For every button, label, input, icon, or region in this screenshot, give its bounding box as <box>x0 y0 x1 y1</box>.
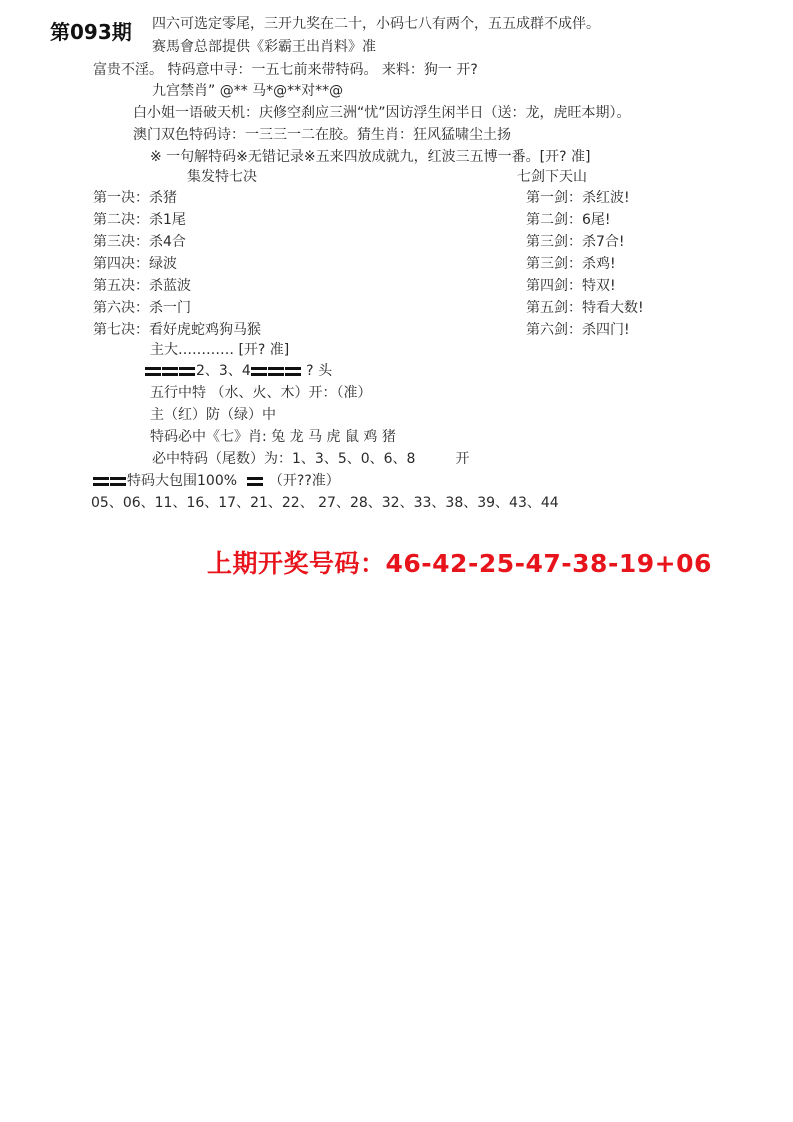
five-elements-line: 五行中特 （水、火、木）开：（准） <box>150 384 371 402</box>
issue-number: 第093期 <box>50 16 132 45</box>
tail-open: 开 <box>455 451 469 467</box>
list-item: 第七决：看好虎蛇鸡狗马猴 <box>93 319 261 341</box>
package-suffix: （开??准） <box>264 473 339 489</box>
list-item: 第五剑：特看大数! <box>526 297 644 319</box>
zodiac-line: 特码必中《七》肖: 兔 龙 马 虎 鼠 鸡 猪 <box>150 428 396 446</box>
list-item: 第三剑：杀7合! <box>526 231 644 253</box>
heads-suffix: ? 头 <box>302 363 332 379</box>
macau-poem-line: 澳门双色特码诗：一三三一二在胶。猜生肖：狂风猛啸尘土扬 <box>133 126 511 144</box>
last-draw-result: 上期开奖号码：46-42-25-47-38-19+06 <box>207 544 712 580</box>
list-item: 第二决：杀1尾 <box>93 209 261 231</box>
special-code-line: 富贵不淫。 特码意中寻：一五七前来带特码。 来料：狗一 开? <box>93 61 478 79</box>
package-label: 特码大包围100% <box>127 473 237 489</box>
bar-icon <box>110 477 126 486</box>
bar-icon <box>268 367 284 376</box>
list-item: 第四决：绿波 <box>93 253 261 275</box>
list-item: 第六决：杀一门 <box>93 297 261 319</box>
right-section-list: 第一剑：杀红波! 第二剑：6尾! 第三剑：杀7合! 第三剑：杀鸡! 第四剑：特双… <box>526 187 644 341</box>
heads-line: 2、3、4 ? 头 <box>145 362 332 380</box>
bar-icon <box>162 367 178 376</box>
bar-icon <box>179 367 195 376</box>
bar-icon <box>145 367 161 376</box>
list-item: 第二剑：6尾! <box>526 209 644 231</box>
bar-icon <box>93 477 109 486</box>
forbidden-zodiac-line: 九宫禁肖” @** 马*@**对**@ <box>152 82 343 100</box>
left-section-title: 集发特七决 <box>187 168 257 186</box>
tail-line: 必中特码（尾数）为：1、3、5、0、6、8开 <box>152 450 469 468</box>
left-section-list: 第一决：杀猪 第二决：杀1尾 第三决：杀4合 第四决：绿波 第五决：杀蓝波 第六… <box>93 187 261 341</box>
list-item: 第六剑：杀四门! <box>526 319 644 341</box>
bar-icon <box>247 477 263 486</box>
miss-white-line: 白小姐一语破天机：庆修空刹应三洲“忧”因访浮生闲半日（送：龙，虎旺本期）。 <box>133 104 631 122</box>
one-sentence-line: ※ 一句解特码※无错记录※五来四放成就九，红波三五博一番。[开? 准] <box>150 148 590 166</box>
list-item: 第五决：杀蓝波 <box>93 275 261 297</box>
bar-icon <box>285 367 301 376</box>
list-item: 第一剑：杀红波! <box>526 187 644 209</box>
list-item: 第三决：杀4合 <box>93 231 261 253</box>
provider-line: 赛馬會总部提供《彩霸王出肖料》准 <box>152 38 376 56</box>
package-numbers: 05、06、11、16、17、21、22、 27、28、32、33、38、39、… <box>91 494 559 512</box>
list-item: 第一决：杀猪 <box>93 187 261 209</box>
intro-line: 四六可选定零尾，三开九奖在二十，小码七八有两个，五五成群不成伴。 <box>152 15 600 33</box>
bar-icon <box>251 367 267 376</box>
main-big-line: 主大………… [开? 准] <box>150 341 289 359</box>
right-section-title: 七剑下天山 <box>517 168 587 186</box>
list-item: 第三剑：杀鸡! <box>526 253 644 275</box>
list-item: 第四剑：特双! <box>526 275 644 297</box>
tail-numbers: 必中特码（尾数）为：1、3、5、0、6、8 <box>152 451 415 467</box>
heads-numbers: 2、3、4 <box>196 363 251 379</box>
color-line: 主（红）防（绿）中 <box>150 406 276 424</box>
package-line: 特码大包围100% （开??准） <box>93 472 340 490</box>
